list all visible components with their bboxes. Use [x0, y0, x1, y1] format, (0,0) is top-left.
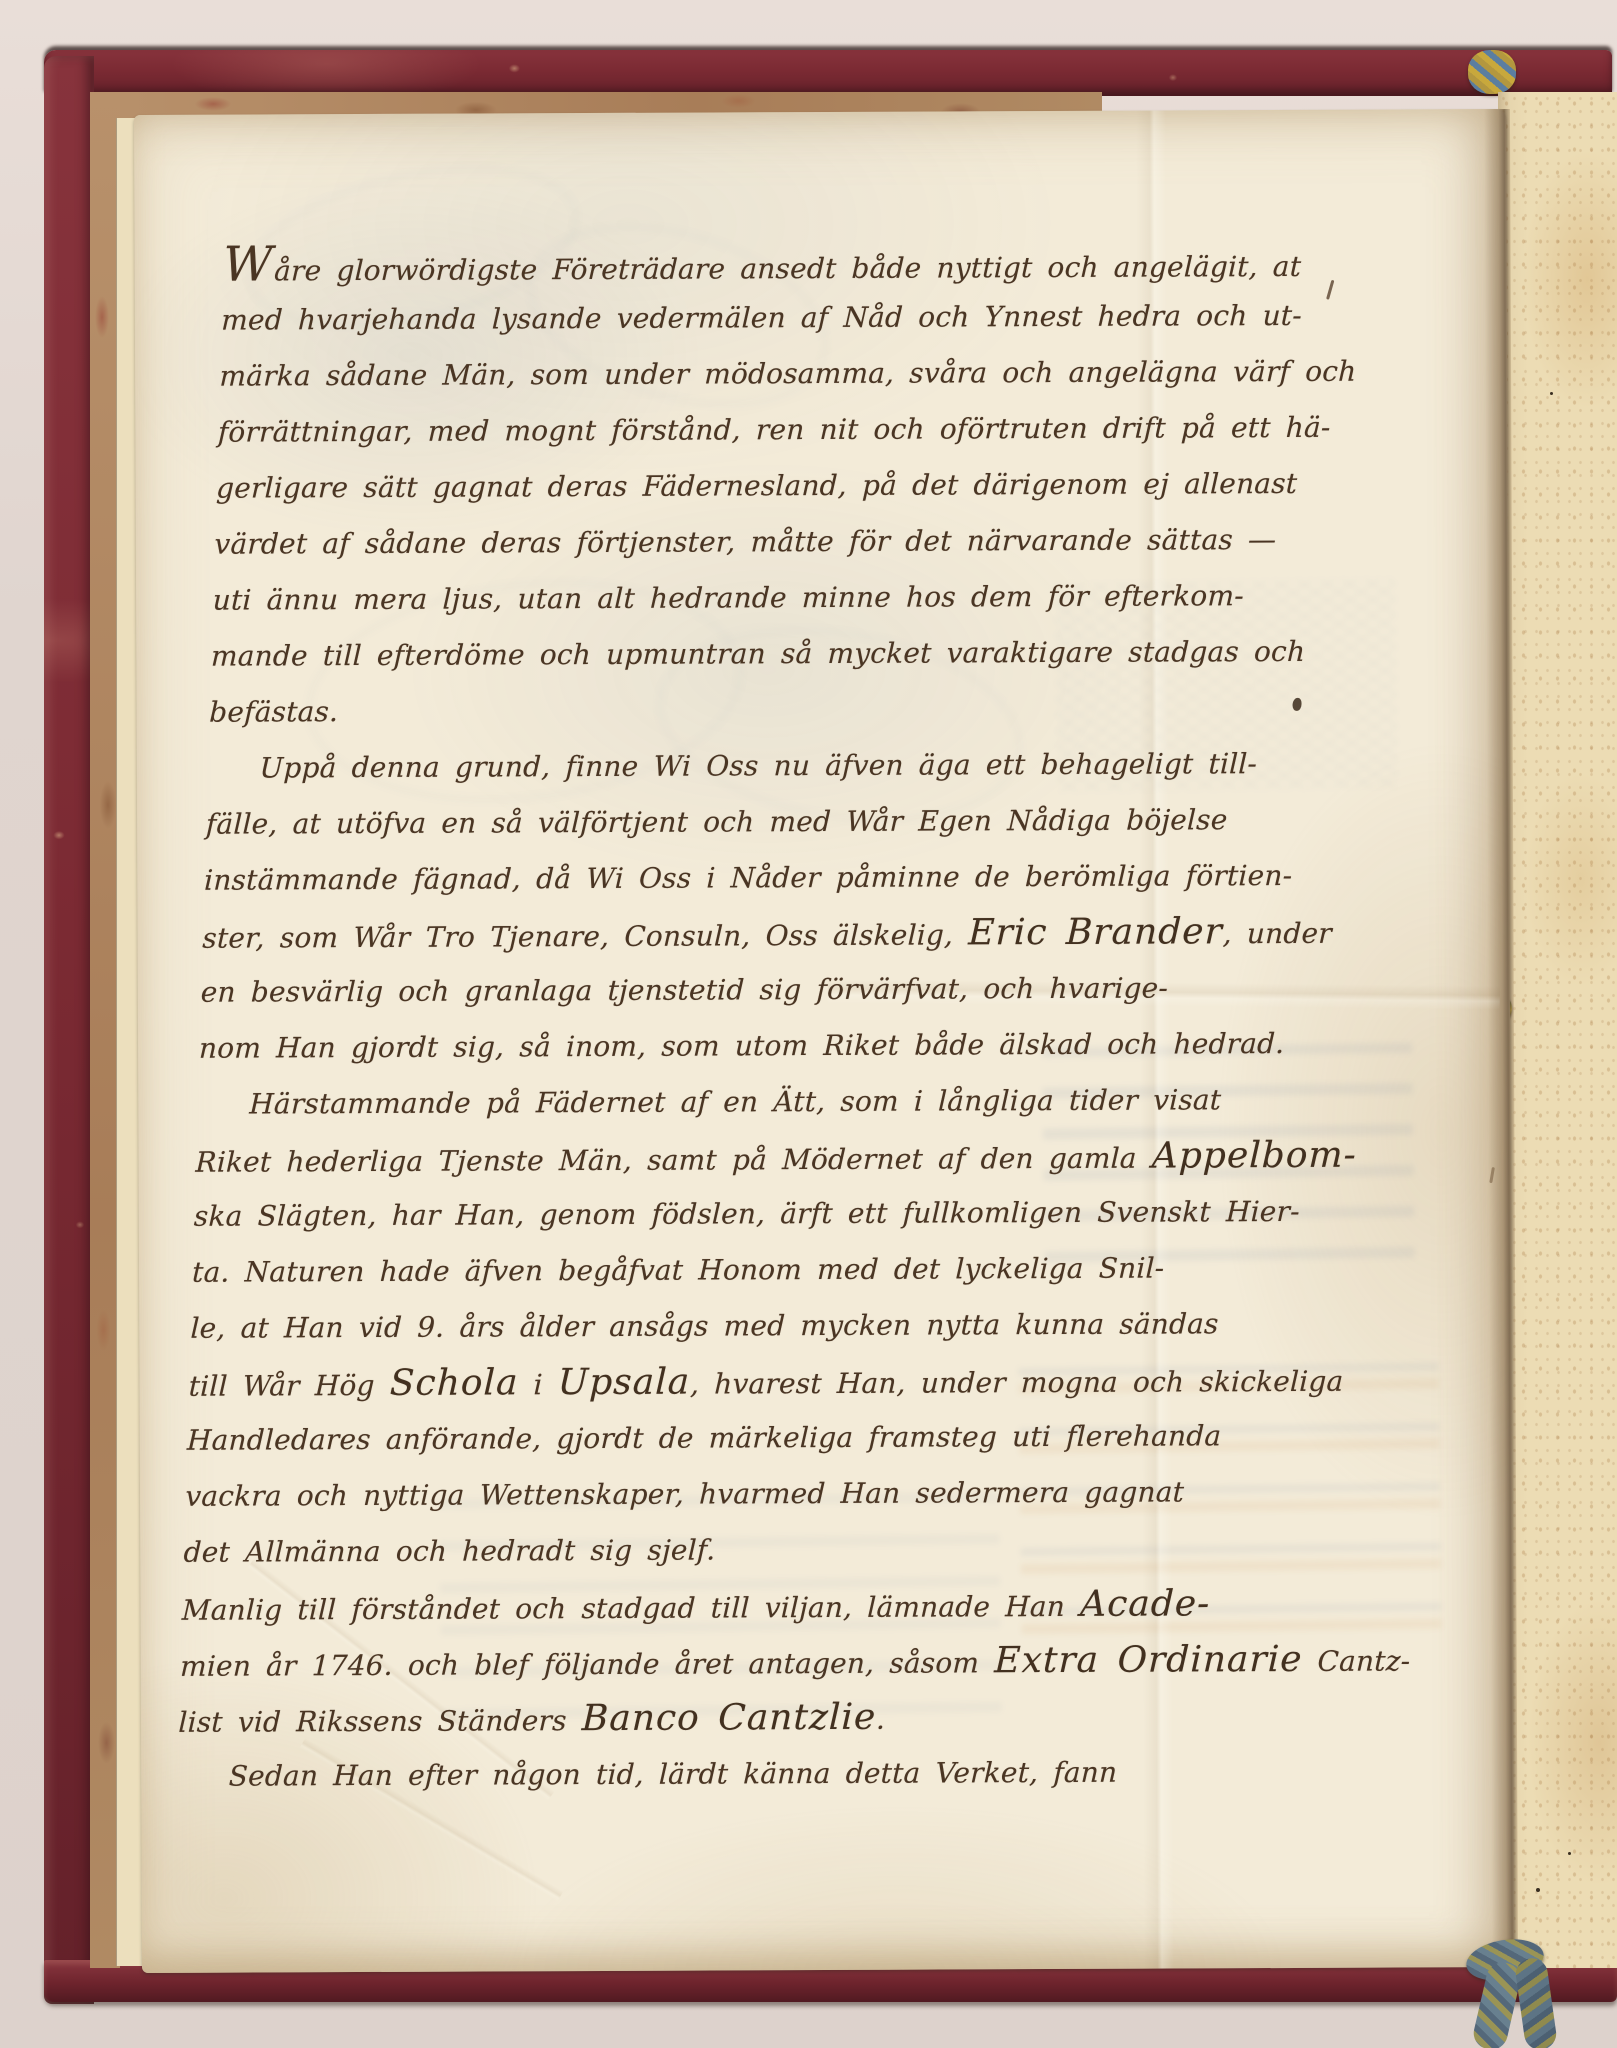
- tassel-strand: [1514, 1956, 1558, 2048]
- scanned-book-page: Wåre glorwördigste Företrädare ansedt bå…: [0, 0, 1617, 2048]
- manuscript-word: fälle, at utöfva en så välförtjent och m…: [205, 803, 1228, 840]
- manuscript-line: förrättningar, med mognt förstånd, ren n…: [217, 400, 1249, 461]
- manuscript-line: Manlig till förståndet och stadgad till …: [181, 1576, 1213, 1637]
- manuscript-word: le, at Han vid 9. års ålder ansågs med m…: [190, 1307, 1219, 1344]
- emphasized-word: Acade-: [1080, 1583, 1211, 1625]
- manuscript-line: till Wår Hög Schola i Upsala, hvarest Ha…: [188, 1352, 1220, 1413]
- manuscript-word: Handledares anförande, gjordt de märkeli…: [187, 1419, 1222, 1457]
- manuscript-page: Wåre glorwördigste Företrädare ansedt bå…: [134, 109, 1514, 1973]
- manuscript-word: , under: [1222, 917, 1332, 950]
- manuscript-line: instämmande fägnad, då Wi Oss i Nåder på…: [203, 848, 1235, 909]
- leather-cover-top-edge: [44, 50, 1612, 96]
- manuscript-word: mande till efterdöme och upmuntran så my…: [211, 635, 1306, 673]
- manuscript-word: Riket hederliga Tjenste Män, samt på Möd…: [195, 1142, 1152, 1179]
- manuscript-word: ster, som Wår Tro Tjenare, Consuln, Oss …: [202, 918, 969, 954]
- manuscript-line: gerligare sätt gagnat deras Fädernesland…: [215, 456, 1247, 517]
- manuscript-line: ster, som Wår Tro Tjenare, Consuln, Oss …: [202, 904, 1234, 965]
- manuscript-word: gerligare sätt gagnat deras Fädernesland…: [216, 467, 1298, 505]
- manuscript-line: värdet af sådane deras förtjenster, mått…: [214, 512, 1246, 573]
- foxing-speck: [1536, 1888, 1540, 1892]
- manuscript-word: Cantz-: [1302, 1644, 1411, 1677]
- manuscript-word: en besvärlig och granlaga tjenstetid sig…: [200, 971, 1168, 1008]
- emphasized-word: Eric Brander: [968, 911, 1224, 953]
- manuscript-word: märka sådane Män, som under mödosamma, s…: [219, 355, 1357, 393]
- manuscript-word: förrättningar, med mognt förstånd, ren n…: [217, 411, 1331, 449]
- manuscript-line: befästas.: [208, 680, 1240, 741]
- manuscript-line: vackra och nyttiga Wettenskaper, hvarmed…: [185, 1464, 1217, 1525]
- manuscript-line: ska Slägten, har Han, genom födslen, ärf…: [193, 1184, 1225, 1245]
- ink-blot: [1293, 698, 1302, 711]
- emphasized-word: Banco Cantzlie: [581, 1697, 877, 1739]
- manuscript-word: med hvarjehanda lysande vedermälen af Nå…: [221, 299, 1303, 337]
- manuscript-word: nom Han gjordt sig, så inom, som utom Ri…: [199, 1027, 1285, 1065]
- manuscript-line: mien år 1746. och blef följande året ant…: [179, 1632, 1211, 1693]
- pen-tick-mark: [1326, 280, 1334, 300]
- bookmark-tassel: [1458, 1942, 1588, 2048]
- manuscript-line: det Allmänna och hedradt sig sjelf.: [183, 1520, 1215, 1581]
- emphasized-word: Upsala: [557, 1362, 691, 1404]
- foxing-speck: [1550, 392, 1553, 395]
- manuscript-word: .: [876, 1703, 886, 1736]
- emphasized-word: Extra Ordinarie: [994, 1639, 1303, 1681]
- manuscript-line: Handledares anförande, gjordt de märkeli…: [186, 1408, 1218, 1469]
- manuscript-word: Manlig till förståndet och stadgad till …: [181, 1590, 1080, 1627]
- manuscript-word: uti ännu mera ljus, utan alt hedrande mi…: [212, 579, 1244, 617]
- manuscript-word: ta. Naturen hade äfven begåfvat Honom me…: [192, 1252, 1165, 1289]
- manuscript-line: fälle, at utöfva en så välförtjent och m…: [205, 792, 1237, 853]
- manuscript-line: Härstammande på Fädernet af en Ätt, som …: [196, 1072, 1228, 1133]
- emphasized-word: Appelbom-: [1151, 1135, 1357, 1177]
- manuscript-word: befästas.: [209, 695, 339, 729]
- manuscript-line: en besvärlig och granlaga tjenstetid sig…: [200, 960, 1232, 1021]
- manuscript-text: Wåre glorwördigste Företrädare ansedt bå…: [176, 232, 1254, 1805]
- manuscript-line: med hvarjehanda lysande vedermälen af Nå…: [220, 288, 1252, 349]
- manuscript-word: ska Slägten, har Han, genom födslen, ärf…: [193, 1195, 1300, 1233]
- foxing-speck: [1568, 1852, 1571, 1855]
- manuscript-line: Sedan Han efter någon tid, lärdt känna d…: [176, 1744, 1208, 1805]
- manuscript-line: Riket hederliga Tjenste Män, samt på Möd…: [195, 1128, 1227, 1189]
- manuscript-line: mande till efterdöme och upmuntran så my…: [210, 624, 1242, 685]
- emphasized-word: Schola: [389, 1362, 519, 1404]
- manuscript-line: Wåre glorwördigste Företrädare ansedt bå…: [222, 232, 1254, 293]
- initial-capital: W: [222, 236, 275, 292]
- manuscript-line: nom Han gjordt sig, så inom, som utom Ri…: [198, 1016, 1230, 1077]
- manuscript-word: vackra och nyttiga Wettenskaper, hvarmed…: [185, 1475, 1185, 1512]
- manuscript-line: le, at Han vid 9. års ålder ansågs med m…: [190, 1296, 1222, 1357]
- manuscript-word: värdet af sådane deras förtjenster, mått…: [214, 523, 1277, 561]
- manuscript-word: Uppå denna grund, finne Wi Oss nu äfven …: [259, 747, 1257, 784]
- manuscript-word: , hvarest Han, under mogna och skickelig…: [690, 1365, 1344, 1401]
- manuscript-line: uti ännu mera ljus, utan alt hedrande mi…: [212, 568, 1244, 629]
- manuscript-line: märka sådane Män, som under mödosamma, s…: [219, 344, 1251, 405]
- manuscript-word: Sedan Han efter någon tid, lärdt känna d…: [228, 1756, 1118, 1793]
- manuscript-line: Uppå denna grund, finne Wi Oss nu äfven …: [207, 736, 1239, 797]
- manuscript-word: det Allmänna och hedradt sig sjelf.: [183, 1533, 716, 1568]
- leather-cover-left-edge: [44, 56, 94, 2004]
- manuscript-word: i: [518, 1368, 558, 1401]
- manuscript-word: Härstammande på Fädernet af en Ätt, som …: [249, 1083, 1222, 1120]
- manuscript-word: list vid Rikssens Ständers: [178, 1704, 582, 1739]
- manuscript-word: till Wår Hög: [188, 1369, 390, 1403]
- manuscript-word: instämmande fägnad, då Wi Oss i Nåder på…: [204, 859, 1293, 897]
- manuscript-word: åre glorwördigste Företrädare ansedt båd…: [274, 250, 1302, 287]
- endband-knot: [1468, 50, 1516, 94]
- manuscript-word: mien år 1746. och blef följande året ant…: [180, 1646, 995, 1683]
- manuscript-line: ta. Naturen hade äfven begåfvat Honom me…: [191, 1240, 1223, 1301]
- manuscript-line: list vid Rikssens Ständers Banco Cantzli…: [178, 1688, 1210, 1749]
